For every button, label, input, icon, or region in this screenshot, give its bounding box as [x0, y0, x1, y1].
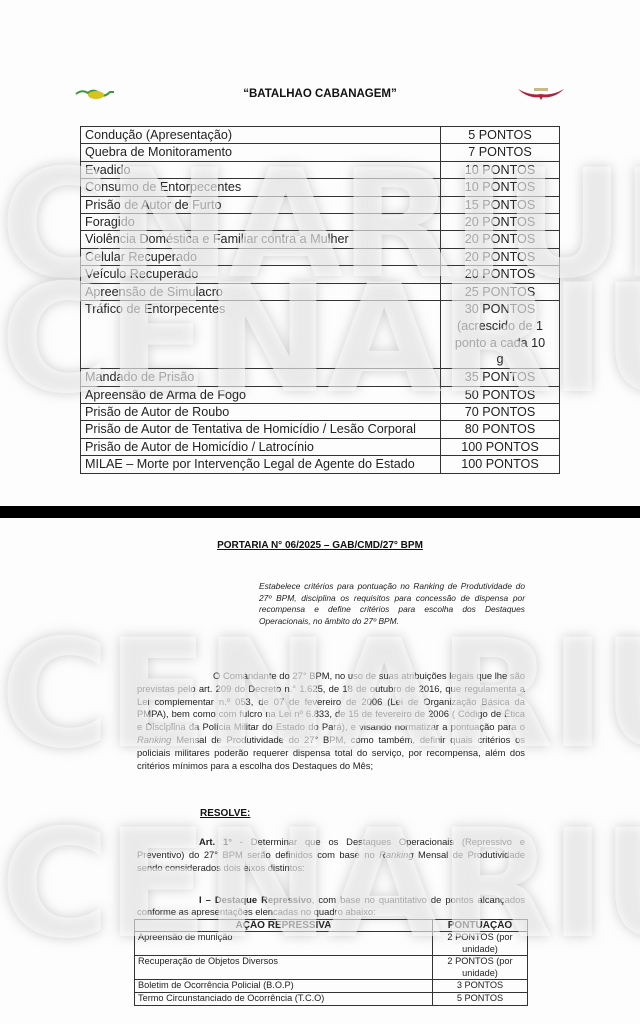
- action-cell: Apreensão de Simulacro: [81, 283, 441, 300]
- action-cell: Prisão de Autor de Roubo: [81, 404, 441, 421]
- preamble-italic: Ranking: [137, 734, 171, 745]
- action-cell: Veículo Recuperado: [81, 266, 441, 283]
- article-1-label: Art. 1°: [199, 836, 232, 847]
- action-cell: Evadido: [81, 161, 441, 178]
- table-row: Prisão de Autor de Tentativa de Homicídi…: [81, 421, 560, 438]
- points-value: 30 PONTOS: [445, 301, 555, 318]
- points-cell: 15 PONTOS: [441, 196, 560, 213]
- points-cell: 5 PONTOS: [433, 992, 528, 1005]
- article-1-italic: Ranking: [379, 849, 413, 860]
- table-row: Prisão de Autor de Homicídio / Latrocíni…: [81, 438, 560, 455]
- page-divider: [0, 506, 640, 518]
- police-wings-icon: [516, 86, 566, 100]
- table-row: Consumo de Entorpecentes10 PONTOS: [81, 179, 560, 196]
- portaria-title: PORTARIA N° 06/2025 – GAB/CMD/27° BPM: [0, 540, 640, 551]
- table-row: Mandado de Prisão35 PONTOS: [81, 369, 560, 386]
- resolve-heading: RESOLVE:: [200, 808, 250, 819]
- action-cell: Quebra de Monitoramento: [81, 144, 441, 161]
- points-cell: 3 PONTOS: [433, 980, 528, 993]
- table-row: Foragido20 PONTOS: [81, 214, 560, 231]
- repressive-action-table: AÇÃO REPRESSIVA PONTUAÇÃO Apreensão de m…: [134, 919, 528, 1006]
- points-cell: 20 PONTOS: [441, 231, 560, 248]
- points-cell: 2 PONTOS (por unidade): [433, 932, 528, 956]
- table-row: Apreensão de munição2 PONTOS (por unidad…: [135, 932, 528, 956]
- action-cell: MILAE – Morte por Intervenção Legal de A…: [81, 456, 441, 473]
- table-row: Veículo Recuperado20 PONTOS: [81, 266, 560, 283]
- action-cell: Recuperação de Objetos Diversos: [135, 956, 433, 980]
- action-cell: Mandado de Prisão: [81, 369, 441, 386]
- action-cell: Celular Recuperado: [81, 248, 441, 265]
- action-cell: Apreensão de Arma de Fogo: [81, 386, 441, 403]
- action-cell: Violência Doméstica e Familiar contra a …: [81, 231, 441, 248]
- action-cell: Prisão de Autor de Homicídio / Latrocíni…: [81, 438, 441, 455]
- points-cell: 30 PONTOS(acrescido de 1 ponto a cada 10…: [441, 301, 560, 369]
- points-cell: 5 PONTOS: [441, 127, 560, 144]
- points-cell: 35 PONTOS: [441, 369, 560, 386]
- action-cell: Prisão de Autor de Tentativa de Homicídi…: [81, 421, 441, 438]
- table-row: MILAE – Morte por Intervenção Legal de A…: [81, 456, 560, 473]
- table-row: Apreensão de Arma de Fogo50 PONTOS: [81, 386, 560, 403]
- points-note: (acrescido de 1 ponto a cada 10 g: [450, 318, 550, 368]
- table-row: Boletim de Ocorrência Policial (B.O.P)3 …: [135, 980, 528, 993]
- destaque-repressivo-paragraph: I – Destaque Repressivo, com base no qua…: [137, 894, 525, 919]
- points-cell: 100 PONTOS: [441, 456, 560, 473]
- destaque-text: , com base no quantitativo de pontos alc…: [137, 894, 525, 917]
- points-cell: 7 PONTOS: [441, 144, 560, 161]
- action-cell: Tráfico de Entorpecentes: [81, 301, 441, 369]
- article-1-paragraph: Art. 1° - Determinar que os Destaques Op…: [137, 836, 525, 874]
- ementa-paragraph: Estabelece critérios para pontuação no R…: [259, 581, 525, 627]
- document-page-1: “BATALHAO CABANAGEM” Condução (Apresenta…: [0, 0, 640, 506]
- points-cell: 80 PONTOS: [441, 421, 560, 438]
- preamble-text-b: Mensal de Produtividade do 27° BPM, como…: [137, 734, 525, 771]
- action-cell: Termo Circunstanciado de Ocorrência (T.C…: [135, 992, 433, 1005]
- action-cell: Boletim de Ocorrência Policial (B.O.P): [135, 980, 433, 993]
- table-row: Prisão de Autor de Furto15 PONTOS: [81, 196, 560, 213]
- preamble-text-a: O Comandante do 27° BPM, no uso de suas …: [137, 670, 525, 732]
- table-row: Prisão de Autor de Roubo70 PONTOS: [81, 404, 560, 421]
- table-row: Recuperação de Objetos Diversos2 PONTOS …: [135, 956, 528, 980]
- action-cell: Consumo de Entorpecentes: [81, 179, 441, 196]
- points-cell: 10 PONTOS: [441, 161, 560, 178]
- column-header-acao: AÇÃO REPRESSIVA: [135, 920, 433, 932]
- points-cell: 20 PONTOS: [441, 248, 560, 265]
- destaque-label: I – Destaque Repressivo: [199, 894, 312, 905]
- points-cell: 20 PONTOS: [441, 266, 560, 283]
- points-cell: 100 PONTOS: [441, 438, 560, 455]
- table-row: Evadido10 PONTOS: [81, 161, 560, 178]
- action-cell: Apreensão de munição: [135, 932, 433, 956]
- points-cell: 20 PONTOS: [441, 214, 560, 231]
- action-cell: Condução (Apresentação): [81, 127, 441, 144]
- action-cell: Foragido: [81, 214, 441, 231]
- points-table: Condução (Apresentação)5 PONTOSQuebra de…: [80, 126, 560, 474]
- column-header-pontuacao: PONTUAÇÃO: [433, 920, 528, 932]
- table-row: Tráfico de Entorpecentes30 PONTOS(acresc…: [81, 301, 560, 369]
- points-cell: 50 PONTOS: [441, 386, 560, 403]
- table-row: Violência Doméstica e Familiar contra a …: [81, 231, 560, 248]
- points-cell: 70 PONTOS: [441, 404, 560, 421]
- preamble-paragraph: O Comandante do 27° BPM, no uso de suas …: [137, 670, 525, 772]
- table-row: Apreensão de Simulacro25 PONTOS: [81, 283, 560, 300]
- action-cell: Prisão de Autor de Furto: [81, 196, 441, 213]
- table-row: Celular Recuperado20 PONTOS: [81, 248, 560, 265]
- points-cell: 2 PONTOS (por unidade): [433, 956, 528, 980]
- table-row: Termo Circunstanciado de Ocorrência (T.C…: [135, 992, 528, 1005]
- table-row: Quebra de Monitoramento7 PONTOS: [81, 144, 560, 161]
- points-cell: 25 PONTOS: [441, 283, 560, 300]
- points-cell: 10 PONTOS: [441, 179, 560, 196]
- table-row: Condução (Apresentação)5 PONTOS: [81, 127, 560, 144]
